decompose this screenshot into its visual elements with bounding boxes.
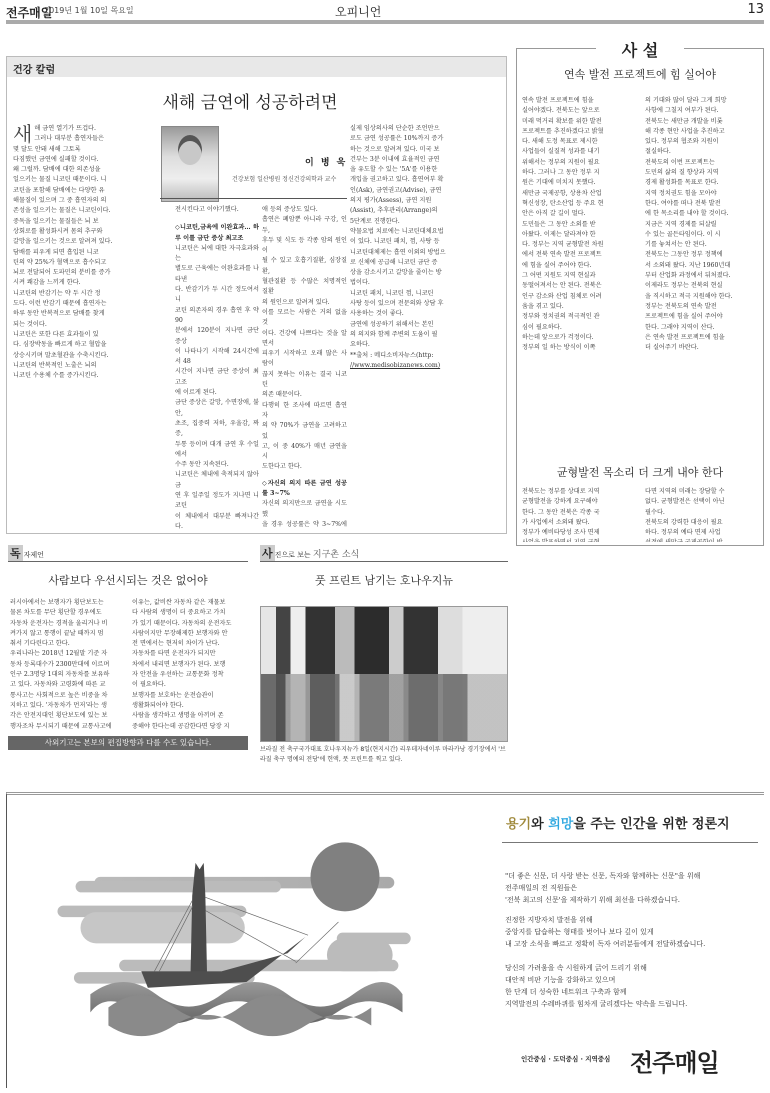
ad-divider	[502, 842, 758, 843]
text-line: 끊지 못하는 이유는 결국 니코틴	[262, 370, 347, 391]
text-line: 시켜 쾌감을 느끼게 한다.	[13, 278, 155, 288]
text-line: 로 신체에 공급해 니코틴 금단 증	[350, 258, 500, 268]
text-line: 자 안전을 우선하는 교통문화 정착	[132, 670, 248, 680]
text-line: 을 경우 성공률은 약 3~7%에 불과	[262, 520, 347, 530]
text-line: 분에서 120분이 지나면 금단 증상	[175, 326, 259, 347]
ad-slogan: 용기와 희망을 주는 인간을 위한 정론지	[506, 813, 730, 832]
tab-initial: 사	[260, 545, 275, 561]
text-line: 을 직시하고 적극 지원해야 한다.	[645, 292, 759, 302]
author-title: 건강보험 일산병원 정신건강의학과 교수	[232, 174, 336, 183]
health-col-4: 실제 임상의사의 단순한 조언만으로도 금연 성공률은 10%까지 증가하는 것…	[350, 124, 500, 534]
text-line: 자동차 운전자는 경적을 울리거나 비	[10, 619, 126, 629]
text-line: 아왔다. 이제는 달라져야 한	[522, 230, 636, 240]
text-line: 이를 모르는 사람은 거의 없을 것	[262, 308, 347, 329]
text-line: 피우기 시작하고 오래 많은 사람이	[262, 349, 347, 370]
text-line: 별도로 근육에는 이완효과를 나타낸	[175, 264, 259, 285]
text-line: 동차 등록대수가 2300만대에 이르며	[10, 660, 126, 670]
tab-initial: 독	[8, 545, 23, 561]
text-line: 니코틴은 체내에 축적되지 않아 금	[175, 470, 259, 491]
text-line: 도한다고 한다.	[262, 462, 347, 472]
text-line: 의 의지와 함께 주변의 도움이 필	[350, 330, 500, 340]
text-line: 5단계로 진행한다.	[350, 217, 500, 227]
text-line: 선정에 새만금 국제공항이 반	[645, 538, 759, 542]
text-line: 부터 산업화 과정에서 뒤처졌다.	[645, 271, 759, 281]
text-line: 균형발전을 강하게 요구해야	[522, 497, 636, 507]
text-line: '전북 최고의 신문'을 제작하기 위해 최선을 다하겠습니다.	[505, 894, 700, 906]
text-line: 자동차를 타면 운전자가 되지만	[132, 649, 248, 659]
text-line: 의 약 70%가 금연을 고려하고 있	[262, 421, 347, 442]
reader-column-tab: 독자제언	[8, 545, 248, 562]
text-line: 니코틴 패치, 니코틴 껌, 니코틴	[350, 289, 500, 299]
text-line: 이제라도 정부는 전북의 현실	[645, 281, 759, 291]
text-line: 코틴을 포함해 담배에는 다양한 유	[13, 186, 155, 196]
text-line: 시간이 지나면 금단 증상이 최고조	[175, 367, 259, 388]
editorial2-col-1: 전북도는 정부를 상대로 지역균형발전을 강하게 요구해야한다. 그 동안 전북…	[522, 487, 636, 542]
text-line: 을 유도할 수 있는 '5A'를 이용한	[350, 165, 500, 175]
ad-paragraph-1: "더 좋은 신문, 더 사랑 받는 신문, 독자와 함께하는 신문"을 위해전주…	[505, 870, 700, 906]
text-line: 지역발전의 수레바퀴를 힘차게 굴리겠다는 약속을 드립니다.	[505, 998, 687, 1010]
text-line: 도다. 이런 반감기 때문에 흡연자는	[13, 299, 155, 309]
text-line: 이 나타나기 시작해 24시간에서 48	[175, 347, 259, 368]
text-line: 니코틴대체제는 흡연 이외의 방법으	[350, 248, 500, 258]
text-line: 없다. 균형발전은 선택이 아닌	[645, 497, 759, 507]
text-line: 있다. 정부의 협조와 지원이	[645, 137, 759, 147]
text-line: 사람이지만 무장해제한 보행자와 안	[132, 629, 248, 639]
text-line: 한다. 그래야 지역이 산다.	[645, 323, 759, 333]
text-line: 대안적 비판 기능을 강화하고 있으며	[505, 974, 687, 986]
text-line: 전 면에서는 현저히 차이가 난다.	[132, 639, 248, 649]
text-line: 필수다.	[645, 508, 759, 518]
text-line: 그러나 대부분 흡연자들은	[13, 134, 155, 144]
text-line: 경제 활성화를 목표로 한다.	[645, 178, 759, 188]
photo-news-title: 풋 프린트 남기는 호나우지뉴	[260, 572, 508, 588]
text-line: 켜가지 않고 통행이 끝날 때까지 멈	[10, 629, 126, 639]
text-line: 다짐했던 금연에 실패할 것이다.	[13, 155, 155, 165]
text-line: 에 이르게 된다.	[175, 388, 259, 398]
text-line: 지역 정치권도 힘을 모아야	[645, 189, 759, 199]
text-line: 해 금연 열기가 뜨겁다.	[13, 124, 155, 134]
text-line: 우리나라는 2018년 12월말 기준 자	[10, 649, 126, 659]
text-line: 로도 금연 성공률은 10%까지 증가	[350, 134, 500, 144]
text-line: 위해서는 정부의 지원이 필요	[522, 158, 636, 168]
text-line: 전주매일의 전 직원들은	[505, 882, 700, 894]
text-line: 실어야겠다. 전북도는 앞으로	[522, 106, 636, 116]
text-line: 의지 평가(Assess), 금연 지원	[350, 196, 500, 206]
issue-date: 2019년 1월 10일 목요일	[44, 5, 134, 16]
text-line: 움을 겪고 있다.	[522, 302, 636, 312]
text-line: 인(Ask), 금연권고(Advise), 금연	[350, 186, 500, 196]
text-line: 진정한 지방자치 발전을 위해	[505, 914, 705, 926]
ad-paragraph-3: 당신의 가려움을 속 시원하게 긁어 드리기 위해대안적 비판 기능을 강화하고…	[505, 962, 687, 1010]
text-line: 혁신성장, 탄소산업 등 주요 현	[522, 199, 636, 209]
text-line: 틴의 약 25%가 혈액으로 흡수되고	[13, 258, 155, 268]
text-line: 한다. 여야를 떠나 전북 발전	[645, 199, 759, 209]
ad-paragraph-2: 진정한 지방자치 발전을 위해중앙지를 답습하는 형태를 벗어나 보다 깊이 있…	[505, 914, 705, 950]
text-line: 왜 그럴까. 담배에 대한 의존성을	[13, 165, 155, 175]
text-line: 사람을 생각하고 생명을 아끼며 존	[132, 711, 248, 721]
text-line: 의 원인으로 알려져 있다.	[262, 298, 347, 308]
text-line: 보행자를 보호하는 운전습관이	[132, 691, 248, 701]
text-line: 연속 발전 프로젝트에 힘을	[522, 96, 636, 106]
editorial-rule-right	[684, 48, 764, 49]
text-line: "더 좋은 신문, 더 사랑 받는 신문, 독자와 함께하는 신문"을 위해	[505, 870, 700, 882]
text-line: 혈관질환 등 수많은 치명적인 질환	[262, 277, 347, 298]
text-line: 요하다.	[350, 340, 500, 350]
text-line: 사항에 그칠지 여부가 된다.	[645, 106, 759, 116]
text-line: 하는데 앞으로가 걱정이다.	[522, 333, 636, 343]
text-line: 의 기대와 많이 달라 그게 희망	[645, 96, 759, 106]
text-line: 다 사람의 생명이 더 중요하고 가치	[132, 608, 248, 618]
text-line: 다. 새해 도정 목표로 제시한	[522, 137, 636, 147]
text-line: 프로젝트를 추진하겠다고 밝혔	[522, 127, 636, 137]
text-line: 에 힘을 실어 주어야 한다.	[522, 261, 636, 271]
text-line: 니코틴은 또한 다른 효과들이 있	[13, 330, 155, 340]
text-line: 다. 심장박동을 빠르게 하고 혈압을	[13, 340, 155, 350]
text-line: 행자조차 무시되기 때문에 교통사고에	[10, 722, 126, 732]
source-label: **출처 : 메디소비자뉴스(http:	[350, 351, 500, 361]
text-line: 몇 달도 안돼 새해 그토록	[13, 145, 155, 155]
ship-illustration	[30, 830, 430, 1060]
reader-col-1: 러시아에서는 보행자가 횡단보도는물론 차도를 무단 횡단할 경우에도자동차 운…	[10, 598, 126, 732]
text-line: 기를 놓쳐서는 안 된다.	[645, 240, 759, 250]
text-line: 후두 및 식도 등 각종 암의 원인이	[262, 236, 347, 257]
text-line: 도민의 삶의 질 향상과 지역	[645, 168, 759, 178]
text-line: 도민들은 그 동안 소외를 받	[522, 220, 636, 230]
text-line: 니코틴은 뇌에 대한 자극효과와는	[175, 244, 259, 265]
page-number: 13	[747, 2, 764, 17]
text-line: 수 있는 골든타임이다. 이 시	[645, 230, 759, 240]
text-line: 될 수 있고 호흡기질환, 심장질환,	[262, 256, 347, 277]
text-line: 서 소외돼 왔다. 지난 1960년대	[645, 261, 759, 271]
health-col-3: 애 등의 증상도 있다.흡연은 폐암뿐 아니라 구강, 인두,후두 및 식도 등…	[262, 205, 347, 530]
text-line: 에서 전북 연속 발전 프로젝트	[522, 250, 636, 260]
text-line: 사업들이 실질적 성과를 내기	[522, 147, 636, 157]
text-line: 의존 때문이다.	[262, 390, 347, 400]
text-line: 한다. 그 동안 전북은 각종 국	[522, 508, 636, 518]
text-line: 정부와 정치권의 적극적인 관	[522, 312, 636, 322]
health-col-1: 새 해 금연 열기가 뜨겁다.그러나 대부분 흡연자들은몇 달도 안돼 새해 그…	[13, 124, 155, 532]
text-line: 이유는, 값비싼 자동차 같은 재물보	[132, 598, 248, 608]
text-line: 다행히 한 조사에 따르면 흡연자	[262, 401, 347, 422]
text-line: 중독을 일으키는 물질들은 뇌 보	[13, 217, 155, 227]
health-article-title: 새해 금연에 성공하려면	[100, 88, 400, 113]
text-line: 니코틴의 반복적인 노출은 뇌의	[13, 361, 155, 371]
text-line: 흡연은 폐암뿐 아니라 구강, 인두,	[262, 215, 347, 236]
ad-tagline: 인간중심 · 도덕중심 · 지역중심	[521, 1054, 610, 1063]
text-line: 그 어떤 지원도 지역 현실과	[522, 271, 636, 281]
text-line: 심이 필요하다.	[522, 323, 636, 333]
text-line: 새만금 국제공항, 상용차 산업	[522, 189, 636, 199]
slogan-courage: 용기	[506, 817, 531, 832]
text-line: 원은 기대에 미치지 못했다.	[522, 178, 636, 188]
text-line: 니코틴 수용체 수를 증가시킨다.	[13, 371, 155, 381]
text-line: 약물요법 치료에는 니코틴대체요법	[350, 227, 500, 237]
editorial-rule-left	[516, 48, 596, 49]
text-line: 상승시키며 말초혈관을 수축시킨다.	[13, 351, 155, 361]
text-line: 전북도는 정부를 상대로 지역	[522, 487, 636, 497]
text-line: 정부가 예비타당성 조사 면제	[522, 528, 636, 538]
section-title: 오피니언	[335, 3, 381, 20]
text-line: 수주 동안 지속된다.	[175, 460, 259, 470]
editorial2-col-2: 다면 지역의 미래는 장담할 수없다. 균형발전은 선택이 아닌필수다.전북도의…	[645, 487, 759, 542]
text-line: 중해야 한다는데 공감한다면 당장 지	[132, 722, 248, 732]
reader-col-2: 이유는, 값비싼 자동차 같은 재물보다 사람의 생명이 더 중요하고 가치가 …	[132, 598, 248, 732]
text-line: 개입을 권고하고 있다. 흡연여부 확	[350, 175, 500, 185]
text-line: 이 필요하다.	[132, 680, 248, 690]
text-line: 해물질이 있으며 그 중 흡연자의 의	[13, 196, 155, 206]
text-line: 하루 동안 반복적으로 담배를 찾게	[13, 309, 155, 319]
text-line: 전북도의 강력한 대응이 필요	[645, 518, 759, 528]
slogan-rest: 을 주는 인간을 위한 정론지	[573, 817, 729, 832]
text-line: 고 있다. 자동차와 고령화에 따른 교	[10, 680, 126, 690]
slogan-and: 와	[531, 817, 548, 832]
tab-label: 자제언	[24, 551, 44, 559]
text-line: 중앙지를 답습하는 형태를 벗어나 보다 깊이 있게	[505, 926, 705, 938]
editorial-col-2: 의 기대와 많이 달라 그게 희망사항에 그칠지 여부가 된다.전북도는 새만금…	[645, 96, 759, 441]
editorial-label: 사 설	[600, 38, 680, 61]
text-line: 니코틴의 반감기는 약 두 시간 정	[13, 289, 155, 299]
tab-accent: 지구촌 소식	[313, 550, 359, 560]
text-line: 애 등의 증상도 있다.	[262, 205, 347, 215]
text-line: 실제 임상의사의 단순한 조언만으	[350, 124, 500, 134]
photo-news-tab: 사진으로 보는 지구촌 소식	[260, 545, 508, 562]
text-line: 이 체내에서 대부분 빠져나간다.	[175, 512, 259, 530]
text-line: 차에서 내리면 보행자가 된다. 보행	[132, 660, 248, 670]
text-line: 하는 것으로 알려져 있다. 미국 보	[350, 145, 500, 155]
text-line: 두통 등이며 대개 금연 후 수일에서	[175, 440, 259, 461]
text-line: 가 있기 때문이다. 자동차의 운전자도	[132, 619, 248, 629]
masthead-rule	[6, 20, 764, 24]
text-line: 상을 감소시키고 갈망을 줄이는 방	[350, 268, 500, 278]
text-line: 이다. 건강에 나쁘다는 것을 알면서	[262, 329, 347, 350]
text-line: 더 실어주기 바란다.	[645, 343, 759, 353]
disclaimer-bar: 사외기고는 본보의 편집방향과 다를 수도 있습니다.	[8, 736, 248, 750]
text-line: 전북도는 그동안 정부 정책에	[645, 250, 759, 260]
text-line: 러시아에서는 보행자가 횡단보도는	[10, 598, 126, 608]
text-line: 전북도의 이번 프로젝트는	[645, 158, 759, 168]
reader-article-title: 사람보다 우선시되는 것은 없어야	[8, 572, 248, 588]
text-line: 뇌로 전달되어 도파민의 분비를 증가	[13, 268, 155, 278]
text-line: 일으키는 물질 니코틴 때문이다. 니	[13, 175, 155, 185]
text-line: 갈망을 일으키는 것으로 알려져 있다.	[13, 237, 155, 247]
text-line: 지하고 있다. '자동차가 먼저'라는 생	[10, 701, 126, 711]
text-line: 은 연속 발전 프로젝트에 힘을	[645, 333, 759, 343]
text-line: (Assist), 추후관리(Arrange)의	[350, 206, 500, 216]
text-line: 생활화되어야 한다.	[132, 701, 248, 711]
text-line: 안은 아직 갈 길이 멀다.	[522, 209, 636, 219]
text-line: 춰서 기다린다고 한다.	[10, 639, 126, 649]
text-line: 지금은 지역 경제를 되살릴	[645, 220, 759, 230]
photo-caption: 브라질 전 축구국가대표 호나우지뉴가 8일(현지시간) 리우데자네이루 마라카…	[260, 745, 510, 765]
text-line: 상회로를 활성화시켜 몸의 추구와	[13, 227, 155, 237]
text-line: 인구 감소와 산업 침체로 어려	[522, 292, 636, 302]
text-line: 자신의 의지만으로 금연을 시도했	[262, 499, 347, 520]
text-line: 당신의 가려움을 속 시원하게 긁어 드리기 위해	[505, 962, 687, 974]
text-line: 연 후 일주일 정도가 지나면 니코틴	[175, 491, 259, 512]
text-line: 코틴 의존자의 경우 흡연 후 약 90	[175, 306, 259, 327]
author-name: 이 병 욱	[305, 155, 347, 168]
author-divider	[160, 198, 347, 199]
text-line: 이 있다. 니코틴 패치, 껌, 사탕 등	[350, 237, 500, 247]
text-line: 정부의 일 하는 방식이 이쪽	[522, 343, 636, 353]
ad-logo: 전주매일	[630, 1043, 719, 1078]
text-line: 해 각종 현안 사업을 추진하고	[645, 127, 759, 137]
text-line: 사용하는 것이 좋다.	[350, 309, 500, 319]
text-line: 각은 안전지대인 횡단보도에 있는 보	[10, 711, 126, 721]
editorial-title: 연속 발전 프로젝트에 힘 실어야	[520, 66, 760, 82]
editorial2-title: 균형발전 목소리 더 크게 내야 한다	[520, 464, 760, 480]
text-line: 다면 지역의 미래는 장담할 수	[645, 487, 759, 497]
text-line: 물론 차도를 무단 횡단할 경우에도	[10, 608, 126, 618]
text-line: 금단 증상은 갈망, 수면장애, 불안,	[175, 398, 259, 419]
text-line: 미래 먹거리 확보를 위한 발전	[522, 117, 636, 127]
text-line: 되는 것이다.	[13, 320, 155, 330]
health-col-2: 전시킨다고 이야기했다. ◇니코틴,금욕에 이완효과… 하루 이틀 금단 증상 …	[175, 205, 259, 530]
text-line: 고, 이 중 40%가 매년 금연을 시	[262, 442, 347, 463]
text-line: 건부는 3분 이내에 효율적인 금연	[350, 155, 500, 165]
health-subhead-2: ◇자신의 의지 따른 금연 성공률 3~7%	[262, 479, 347, 500]
text-line: 다. 정부는 지역 균형발전 차원	[522, 240, 636, 250]
health-column-tab: 건강 칼럼	[7, 57, 506, 77]
author-photo	[161, 126, 219, 202]
text-line: 사업을 발표하면서 지역 균형	[522, 538, 636, 542]
tab-label: 진으로 보는	[275, 551, 311, 559]
text-line: 정부는 전북도의 연속 발전	[645, 302, 759, 312]
text-line: 인구 2.3명당 1대의 자동차를 보유하	[10, 670, 126, 680]
text-line: 하다. 그러나 그 동안 정부 지	[522, 168, 636, 178]
text-line: 사탕 등이 있으며 전문의와 상담 후	[350, 299, 500, 309]
text-line: 에 한 목소리를 내야 할 것이다.	[645, 209, 759, 219]
text-line: 하다. 정부의 예타 면제 사업	[645, 528, 759, 538]
text-line: 금연에 성공하기 위해서는 본인	[350, 320, 500, 330]
text-line: 통사고는 사회적으로 높은 비중을 차	[10, 691, 126, 701]
source-link[interactable]: //www.medisobizanews.com)	[350, 361, 500, 371]
text-line: 가 사업에서 소외돼 왔다.	[522, 518, 636, 528]
text-line: 존성을 일으키는 물질은 니코틴이다.	[13, 206, 155, 216]
text-line: 담배를 피우게 되면 흡입된 니코	[13, 248, 155, 258]
slogan-hope: 희망	[548, 817, 573, 832]
editorial-col-1: 연속 발전 프로젝트에 힘을실어야겠다. 전북도는 앞으로미래 먹거리 확보를 …	[522, 96, 636, 441]
news-photo	[260, 606, 508, 742]
text-line: 한 단계 더 성숙한 네트워크 구축과 함께	[505, 986, 687, 998]
health-subhead-1: ◇니코틴,금욕에 이완효과… 하루 이틀 금단 증상 최고조	[175, 223, 259, 244]
text-line: 전북도는 새만금 개발을 비롯	[645, 117, 759, 127]
text-line: 법이다.	[350, 278, 500, 288]
text-line: 프로젝트에 힘을 실어 주어야	[645, 312, 759, 322]
dropcap: 새	[13, 124, 32, 144]
text-line: 동떨어져서는 안 된다. 전북은	[522, 281, 636, 291]
text-line: 내 고장 소식을 빠르고 정확히 독자 여러분들에게 전달하겠습니다.	[505, 938, 705, 950]
text-line: 다. 반감기가 두 시간 정도여서 니	[175, 285, 259, 306]
text-line: 초조, 집중력 저하, 우울감, 짜증,	[175, 419, 259, 440]
text-line: 절실하다.	[645, 147, 759, 157]
